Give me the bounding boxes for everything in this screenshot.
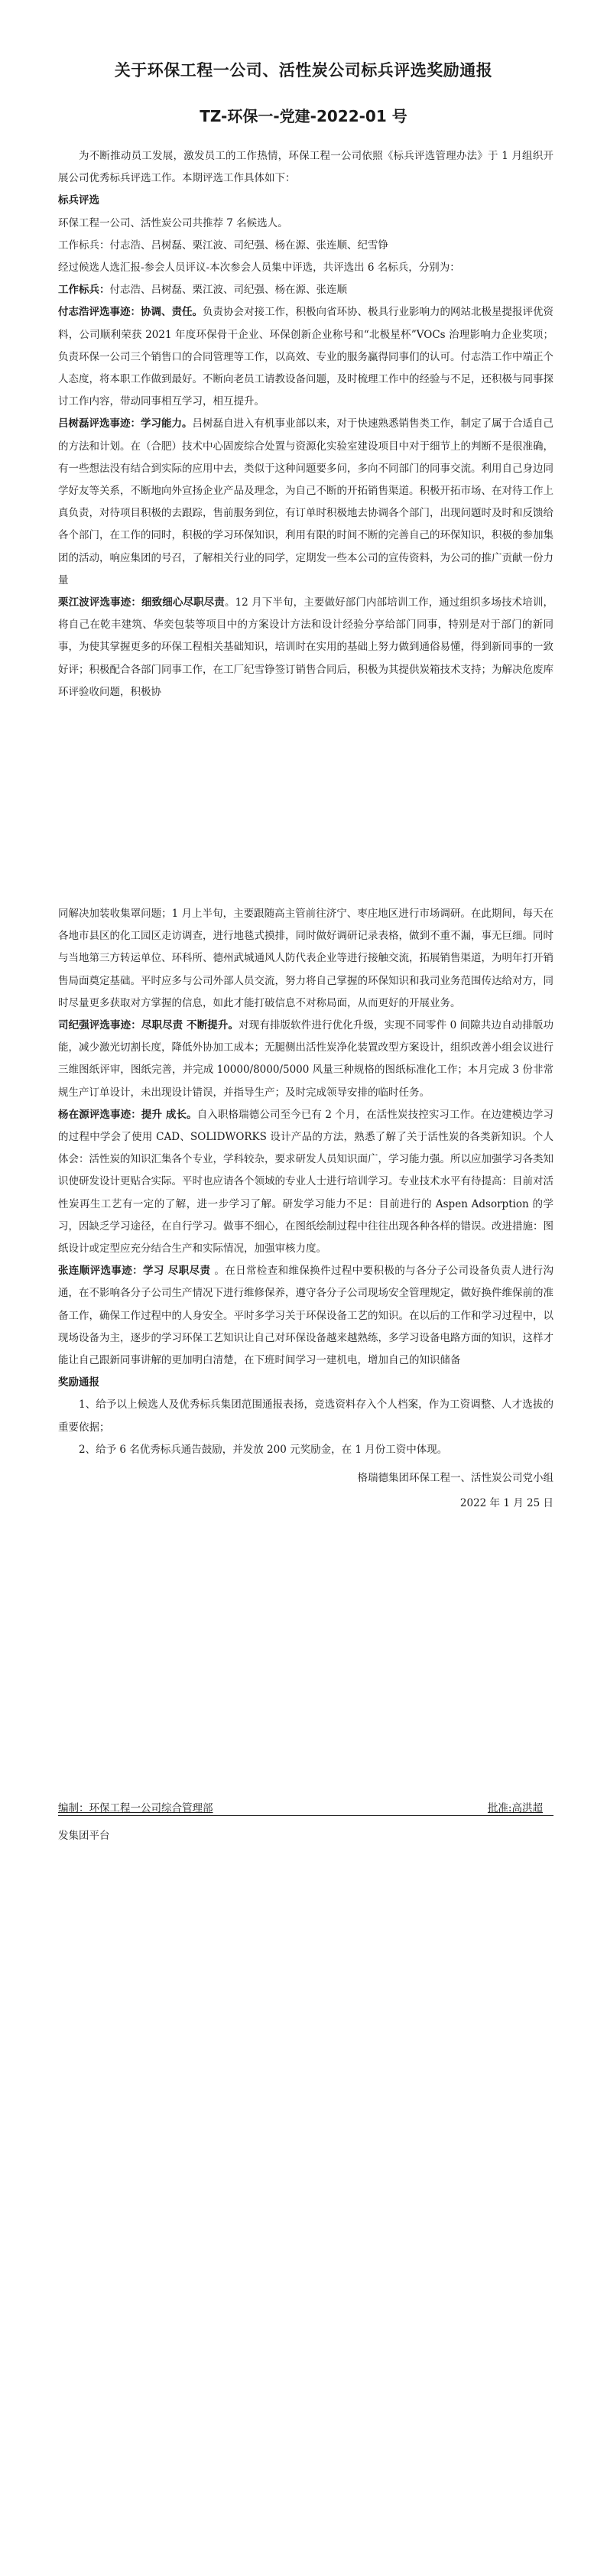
footer-line: 编制：环保工程一公司综合管理部 批准:高洪超 xyxy=(58,1799,553,1816)
signature-date: 2022 年 1 月 25 日 xyxy=(58,1493,553,1515)
deed-paragraph-lv: 吕树磊评选事迹：学习能力。吕树磊自进入有机事业部以来，对于快速熟悉销售类工作，制… xyxy=(58,413,553,592)
deed-paragraph-zhang: 张连顺评选事迹：学习 尽职尽责 。在日常检查和维保换件过程中要积极的与各分子公司… xyxy=(58,1260,553,1372)
winners-line: 工作标兵：付志浩、吕树磊、栗江波、司纪强、杨在源、张连顺 xyxy=(58,279,553,301)
winners-label: 工作标兵： xyxy=(58,284,110,296)
deed-continuation-li: 同解决加装收集罩问题；1 月上半旬，主要跟随高主管前往济宁、枣庄地区进行市场调研… xyxy=(58,903,553,1015)
deed-paragraph-fu: 付志浩评选事迹：协调、责任。负责协会对接工作，积极向省环协、极具行业影响力的网站… xyxy=(58,301,553,413)
reward-item-2: 2、给予 6 名优秀标兵通告鼓励，并发放 200 元奖励金，在 1 月份工资中体… xyxy=(58,1439,553,1461)
deed-label: 司纪强评选事迹：尽职尽责 不断提升。 xyxy=(58,1019,239,1031)
deed-label: 吕树磊评选事迹：学习能力。 xyxy=(58,417,193,430)
compiled-by: 编制：环保工程一公司综合管理部 xyxy=(58,1799,213,1814)
intro-paragraph: 为不断推动员工发展，激发员工的工作热情，环保工程一公司依照《标兵评选管理办法》于… xyxy=(58,145,553,190)
document-body-page2: 同解决加装收集罩问题；1 月上半旬，主要跟随高主管前往济宁、枣庄地区进行市场调研… xyxy=(58,903,553,1515)
deed-paragraph-si: 司纪强评选事迹：尽职尽责 不断提升。对现有排版软件进行优化升级，实现不同零件 0… xyxy=(58,1015,553,1104)
deed-label: 张连顺评选事迹：学习 尽职尽责 xyxy=(58,1265,214,1277)
deed-label: 栗江波评选事迹：细致细心尽职尽责 xyxy=(58,596,225,609)
document-number: TZ-环保一-党建-2022-01 号 xyxy=(0,104,607,126)
document-title: 关于环保工程一公司、活性炭公司标兵评选奖励通报 xyxy=(0,58,607,81)
deed-label: 杨在源评选事迹：提升 成长。 xyxy=(58,1109,197,1121)
section-heading-reward: 奖励通报 xyxy=(58,1372,553,1394)
approved-by: 批准:高洪超 xyxy=(488,1799,543,1814)
process-line: 经过候选人选汇报-参会人员评议-本次参会人员集中评选，共评选出 6 名标兵，分别… xyxy=(58,257,553,279)
deed-label: 付志浩评选事迹：协调、责任。 xyxy=(58,306,203,318)
deed-text: 。12 月下半旬，主要做好部门内部培训工作，通过组织多场技术培训，将自己在乾丰建… xyxy=(58,596,553,698)
document-body-page1: 为不断推动员工发展，激发员工的工作热情，环保工程一公司依照《标兵评选管理办法》于… xyxy=(58,145,553,703)
deed-text: 负责协会对接工作，积极向省环协、极具行业影响力的网站北极星提报评优资料，公司顺利… xyxy=(58,306,553,408)
nominees-line: 工作标兵：付志浩、吕树磊、栗江波、司纪强、杨在源、张连顺、纪雪铮 xyxy=(58,235,553,257)
deed-text: 自入职格瑞德公司至今已有 2 个月，在活性炭技控实习工作。在边建模边学习的过程中… xyxy=(58,1109,553,1255)
reward-item-1: 1、给予以上候选人及优秀标兵集团范围通报表扬，竞选资料存入个人档案，作为工资调整… xyxy=(58,1394,553,1438)
signature-org: 格瑞德集团环保工程一、活性炭公司党小组 xyxy=(58,1467,553,1489)
section-heading-selection: 标兵评选 xyxy=(58,190,553,212)
distribution: 发集团平台 xyxy=(58,1827,553,1842)
deed-paragraph-yang: 杨在源评选事迹：提升 成长。自入职格瑞德公司至今已有 2 个月，在活性炭技控实习… xyxy=(58,1104,553,1260)
deed-paragraph-li: 栗江波评选事迹：细致细心尽职尽责。12 月下半旬，主要做好部门内部培训工作，通过… xyxy=(58,592,553,703)
document-footer: 编制：环保工程一公司综合管理部 批准:高洪超 发集团平台 xyxy=(58,1799,553,1842)
candidates-line: 环保工程一公司、活性炭公司共推荐 7 名候选人。 xyxy=(58,213,553,235)
winners-names: 付志浩、吕树磊、栗江波、司纪强、杨在源、张连顺 xyxy=(110,284,348,296)
deed-text: 。在日常检查和维保换件过程中要积极的与各分子公司设备负责人进行沟通，在不影响各分… xyxy=(58,1265,553,1366)
deed-text: 吕树磊自进入有机事业部以来，对于快速熟悉销售类工作，制定了属于合适自己的方法和计… xyxy=(58,417,553,586)
